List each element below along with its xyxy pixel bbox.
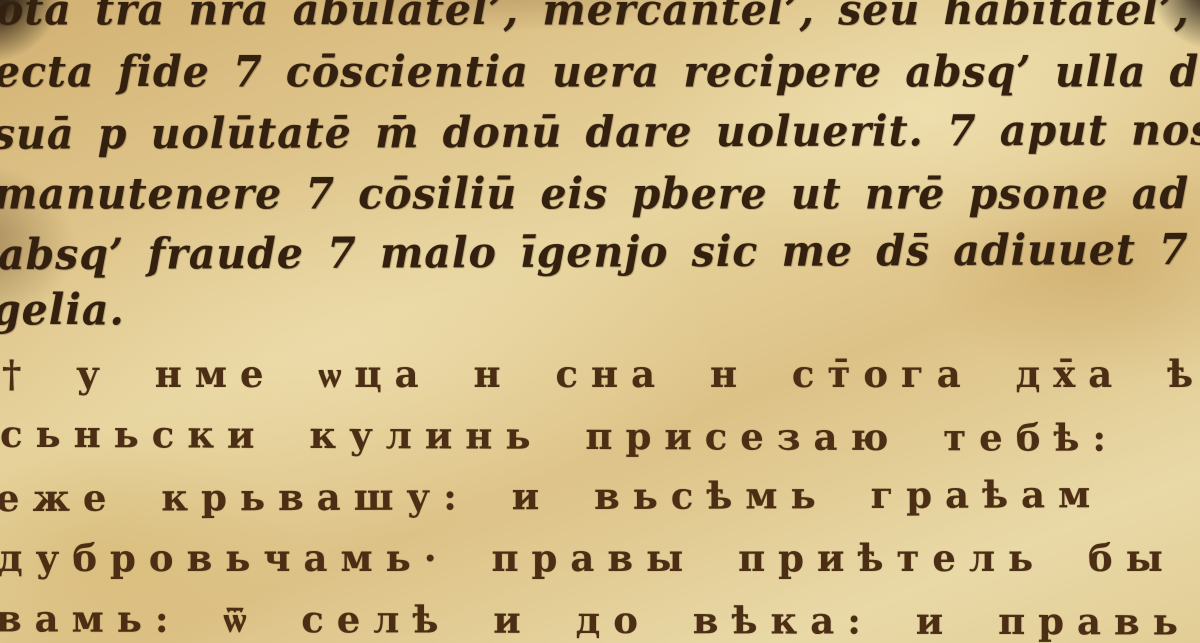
cyrillic-text-line-1: † у нме ѡца н сна н ст̄ога дх̄а ѣ бан bbox=[2, 352, 1200, 397]
latin-text-line-1: ota trā nrā abulatel’, mercantel’, seu h… bbox=[0, 0, 1196, 35]
cyrillic-text-line-4: дубровьчамь· правы приѣтель бы bbox=[0, 536, 1198, 580]
cyrillic-text-line-5: вамь: ѿ селѣ и до вѣка: и правь bbox=[0, 596, 1196, 643]
latin-text-line-2: ecta fide 7 cōscientia uera recipere abs… bbox=[0, 47, 1194, 97]
latin-text-line-3: suā p uolūtatē m̄ donū dare uoluerit. 7 … bbox=[0, 105, 1192, 159]
latin-text-line-4: manutenere 7 cōsiliū eis pbere ut nrē ps… bbox=[0, 169, 1194, 219]
latin-text-line-5: absq’ fraude 7 malo īgenjo sic me ds̄ ad… bbox=[0, 224, 1198, 279]
manuscript-photo: ota trā nrā abulatel’, mercantel’, seu h… bbox=[0, 0, 1200, 643]
cyrillic-text-line-3: еже крьвашу: и вьсѣмь граѣам bbox=[0, 472, 1196, 520]
cyrillic-text-line-2: сьньски кулинь присезаю тебѣ: bbox=[0, 412, 1200, 460]
latin-text-line-6: gelia. bbox=[0, 285, 1192, 335]
